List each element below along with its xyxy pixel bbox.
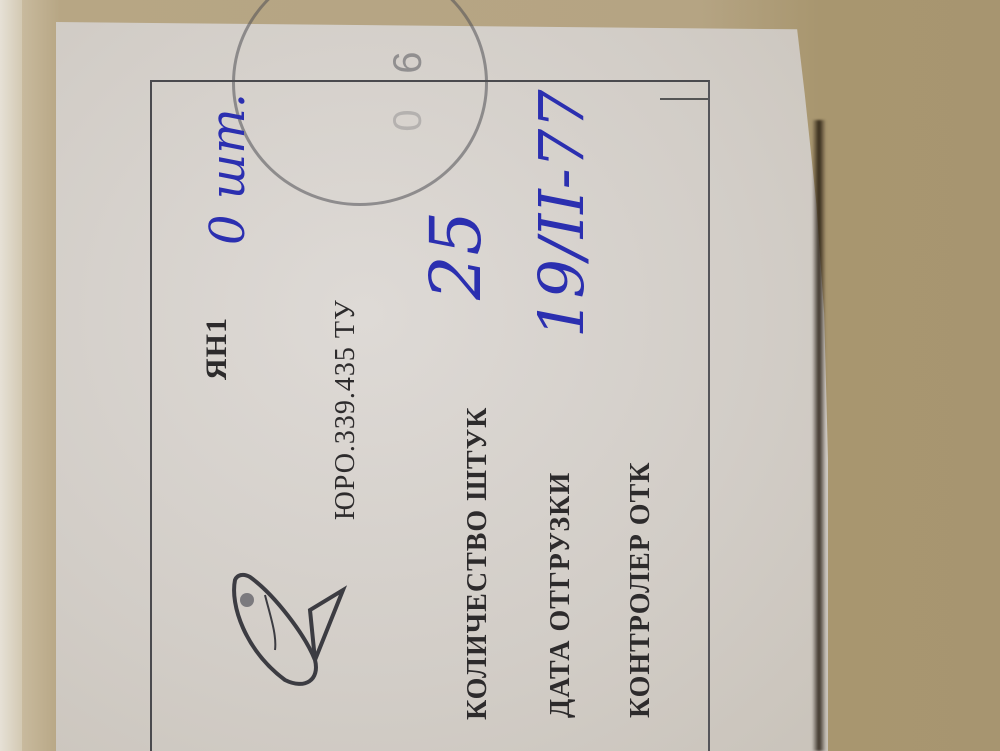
- stamp-digit: 9: [384, 51, 429, 73]
- quantity-label: КОЛИЧЕСТВО ШТУК: [462, 407, 494, 720]
- handwritten-part-note: 0 шт.: [200, 93, 256, 245]
- label-edge-shadow: [812, 120, 826, 751]
- factory-logo-icon: [215, 555, 355, 695]
- frame-tick-mark: [660, 98, 708, 100]
- spec-number: ЮРО.339.435 ТУ: [330, 299, 362, 520]
- part-name: ЯН1: [200, 317, 234, 380]
- ship-date-label: ДАТА ОТГРУЗКИ: [545, 472, 577, 718]
- handwritten-quantity: 25: [415, 211, 497, 300]
- inspector-label: КОНТРОЛЕР ОТК: [625, 461, 657, 718]
- handwritten-ship-date: 19/II-77: [525, 89, 598, 338]
- background-light-strip: [0, 0, 22, 751]
